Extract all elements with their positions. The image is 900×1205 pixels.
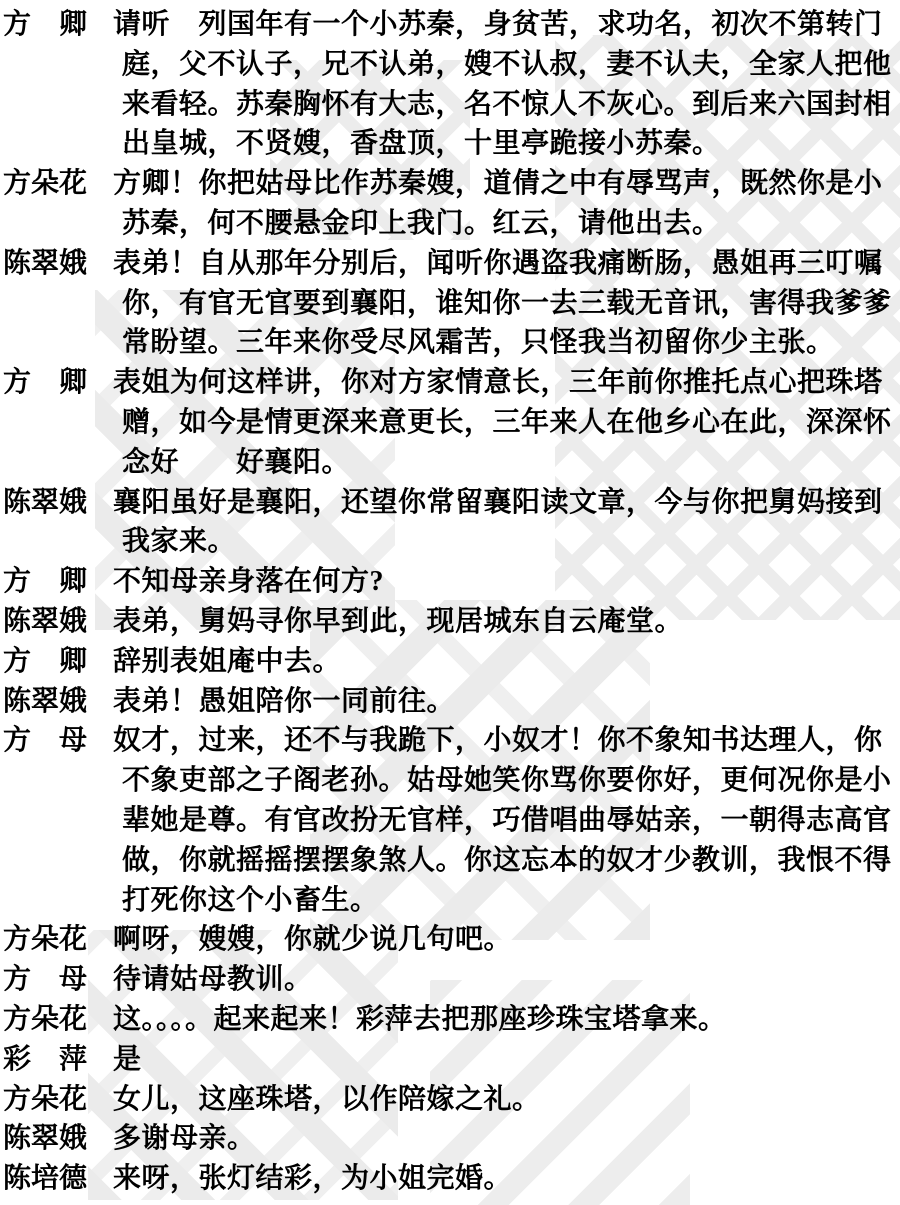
speaker-name bbox=[3, 881, 95, 921]
dialogue-text: 我家来。 bbox=[122, 522, 236, 562]
dialogue-text: 辞别表姐庵中去。 bbox=[113, 642, 341, 682]
speaker-name: 方 卿 bbox=[3, 562, 95, 602]
dialogue-text: 表弟！愚姐陪你一同前往。 bbox=[113, 682, 455, 722]
dialogue-text: 是 bbox=[113, 1040, 142, 1080]
dialogue-row: 陈翠娥 表弟，舅妈寻你早到此，现居城东自云庵堂。 bbox=[3, 602, 900, 642]
dialogue-text: 不知母亲身落在何方? bbox=[113, 562, 384, 602]
speaker-name bbox=[3, 85, 95, 125]
dialogue-text: 庭，父不认子，兄不认弟，嫂不认叔，妻不认夫，全家人把他 bbox=[122, 45, 892, 85]
speaker-name: 方 卿 bbox=[3, 5, 95, 45]
dialogue-text: 做，你就摇摇摆摆象煞人。你这忘本的奴才少教训，我恨不得 bbox=[122, 841, 892, 881]
dialogue-text: 常盼望。三年来你受尽风霜苦，只怪我当初留你少主张。 bbox=[122, 323, 835, 363]
dialogue-text: 赠，如今是情更深来意更长，三年来人在他乡心在此，深深怀 bbox=[122, 403, 892, 443]
dialogue-text: 奴才，过来，还不与我跪下，小奴才！你不象知书达理人，你 bbox=[113, 721, 883, 761]
dialogue-row: 来看轻。苏秦胸怀有大志，名不惊人不灰心。到后来六国封相 bbox=[3, 85, 900, 125]
dialogue-row: 方 卿 不知母亲身落在何方? bbox=[3, 562, 900, 602]
dialogue-row: 陈培德 来呀，张灯结彩，为小姐完婚。 bbox=[3, 1159, 900, 1199]
dialogue-text: 出皇城，不贤嫂，香盘顶，十里亭跪接小苏秦。 bbox=[122, 124, 721, 164]
dialogue-row: 陈翠娥 多谢母亲。 bbox=[3, 1119, 900, 1159]
dialogue-text: 辈她是尊。有官改扮无官样，巧借唱曲辱姑亲，一朝得志高官 bbox=[122, 801, 892, 841]
dialogue-text: 待请姑母教训。 bbox=[113, 960, 313, 1000]
dialogue-text: 苏秦，何不腰悬金印上我门。红云，请他出去。 bbox=[122, 204, 721, 244]
dialogue-row: 方朵花 女儿，这座珠塔，以作陪嫁之礼。 bbox=[3, 1080, 900, 1120]
dialogue-text: 打死你这个小畜生。 bbox=[122, 881, 379, 921]
speaker-name bbox=[3, 403, 95, 443]
dialogue-text: 不象吏部之子阁老孙。姑母她笑你骂你要你好，更何况你是小 bbox=[122, 761, 892, 801]
dialogue-text: 表弟！自从那年分别后，闻听你遇盗我痛断肠，愚姐再三叮嘱 bbox=[113, 244, 883, 284]
dialogue-lines: 方 卿 请听 列国年有一个小苏秦，身贫苦，求功名，初次不第转门 庭，父不认子，兄… bbox=[0, 0, 900, 1199]
speaker-name bbox=[3, 323, 95, 363]
dialogue-text: 请听 列国年有一个小苏秦，身贫苦，求功名，初次不第转门 bbox=[113, 5, 883, 45]
dialogue-row: 方 母 奴才，过来，还不与我跪下，小奴才！你不象知书达理人，你 bbox=[3, 721, 900, 761]
dialogue-text: 啊呀，嫂嫂，你就少说几句吧。 bbox=[113, 920, 512, 960]
dialogue-row: 常盼望。三年来你受尽风霜苦，只怪我当初留你少主张。 bbox=[3, 323, 900, 363]
dialogue-row: 打死你这个小畜生。 bbox=[3, 881, 900, 921]
speaker-name bbox=[3, 45, 95, 85]
dialogue-row: 做，你就摇摇摆摆象煞人。你这忘本的奴才少教训，我恨不得 bbox=[3, 841, 900, 881]
script-page: 方 卿 请听 列国年有一个小苏秦，身贫苦，求功名，初次不第转门 庭，父不认子，兄… bbox=[0, 0, 900, 1205]
dialogue-row: 陈翠娥 表弟！愚姐陪你一同前往。 bbox=[3, 682, 900, 722]
speaker-name bbox=[3, 801, 95, 841]
speaker-name bbox=[3, 761, 95, 801]
speaker-name bbox=[3, 443, 95, 483]
speaker-name: 方 卿 bbox=[3, 363, 95, 403]
dialogue-row: 陈翠娥 表弟！自从那年分别后，闻听你遇盗我痛断肠，愚姐再三叮嘱 bbox=[3, 244, 900, 284]
dialogue-row: 方朵花 方卿！你把姑母比作苏秦嫂，道倩之中有辱骂声，既然你是小 bbox=[3, 164, 900, 204]
dialogue-row: 出皇城，不贤嫂，香盘顶，十里亭跪接小苏秦。 bbox=[3, 124, 900, 164]
dialogue-row: 方朵花 这。。。。起来起来！彩萍去把那座珍珠宝塔拿来。 bbox=[3, 1000, 900, 1040]
dialogue-text: 方卿！你把姑母比作苏秦嫂，道倩之中有辱骂声，既然你是小 bbox=[113, 164, 883, 204]
dialogue-text: 襄阳虽好是襄阳，还望你常留襄阳读文章，今与你把舅妈接到 bbox=[113, 483, 883, 523]
speaker-name: 方 母 bbox=[3, 960, 95, 1000]
dialogue-text: 表姐为何这样讲，你对方家情意长，三年前你推托点心把珠塔 bbox=[113, 363, 883, 403]
speaker-name bbox=[3, 204, 95, 244]
speaker-name: 陈翠娥 bbox=[3, 602, 95, 642]
speaker-name: 陈翠娥 bbox=[3, 682, 95, 722]
speaker-name: 陈翠娥 bbox=[3, 244, 95, 284]
dialogue-row: 念好 好襄阳。 bbox=[3, 443, 900, 483]
speaker-name bbox=[3, 841, 95, 881]
speaker-name: 彩 萍 bbox=[3, 1040, 95, 1080]
dialogue-row: 庭，父不认子，兄不认弟，嫂不认叔，妻不认夫，全家人把他 bbox=[3, 45, 900, 85]
dialogue-row: 苏秦，何不腰悬金印上我门。红云，请他出去。 bbox=[3, 204, 900, 244]
speaker-name bbox=[3, 522, 95, 562]
dialogue-row: 方 母 待请姑母教训。 bbox=[3, 960, 900, 1000]
speaker-name: 方 卿 bbox=[3, 642, 95, 682]
speaker-name: 方朵花 bbox=[3, 1000, 95, 1040]
speaker-name: 陈培德 bbox=[3, 1159, 95, 1199]
dialogue-text: 多谢母亲。 bbox=[113, 1119, 256, 1159]
dialogue-row: 方 卿 表姐为何这样讲，你对方家情意长，三年前你推托点心把珠塔 bbox=[3, 363, 900, 403]
speaker-name: 方朵花 bbox=[3, 164, 95, 204]
dialogue-text: 来看轻。苏秦胸怀有大志，名不惊人不灰心。到后来六国封相 bbox=[122, 85, 892, 125]
speaker-name: 陈翠娥 bbox=[3, 483, 95, 523]
dialogue-text: 念好 好襄阳。 bbox=[122, 443, 350, 483]
dialogue-text: 这。。。。起来起来！彩萍去把那座珍珠宝塔拿来。 bbox=[113, 1000, 727, 1040]
dialogue-row: 方 卿 请听 列国年有一个小苏秦，身贫苦，求功名，初次不第转门 bbox=[3, 5, 900, 45]
dialogue-row: 彩 萍 是 bbox=[3, 1040, 900, 1080]
dialogue-row: 不象吏部之子阁老孙。姑母她笑你骂你要你好，更何况你是小 bbox=[3, 761, 900, 801]
dialogue-row: 辈她是尊。有官改扮无官样，巧借唱曲辱姑亲，一朝得志高官 bbox=[3, 801, 900, 841]
speaker-name: 方朵花 bbox=[3, 1080, 95, 1120]
dialogue-text: 女儿，这座珠塔，以作陪嫁之礼。 bbox=[113, 1080, 541, 1120]
speaker-name bbox=[3, 284, 95, 324]
dialogue-row: 赠，如今是情更深来意更长，三年来人在他乡心在此，深深怀 bbox=[3, 403, 900, 443]
dialogue-row: 方朵花 啊呀，嫂嫂，你就少说几句吧。 bbox=[3, 920, 900, 960]
speaker-name: 方 母 bbox=[3, 721, 95, 761]
dialogue-text: 表弟，舅妈寻你早到此，现居城东自云庵堂。 bbox=[113, 602, 683, 642]
dialogue-row: 我家来。 bbox=[3, 522, 900, 562]
speaker-name bbox=[3, 124, 95, 164]
speaker-name: 方朵花 bbox=[3, 920, 95, 960]
dialogue-row: 你，有官无官要到襄阳，谁知你一去三载无音讯，害得我爹爹 bbox=[3, 284, 900, 324]
dialogue-row: 方 卿 辞别表姐庵中去。 bbox=[3, 642, 900, 682]
dialogue-row: 陈翠娥 襄阳虽好是襄阳，还望你常留襄阳读文章，今与你把舅妈接到 bbox=[3, 483, 900, 523]
dialogue-text: 来呀，张灯结彩，为小姐完婚。 bbox=[113, 1159, 512, 1199]
dialogue-text: 你，有官无官要到襄阳，谁知你一去三载无音讯，害得我爹爹 bbox=[122, 284, 892, 324]
speaker-name: 陈翠娥 bbox=[3, 1119, 95, 1159]
